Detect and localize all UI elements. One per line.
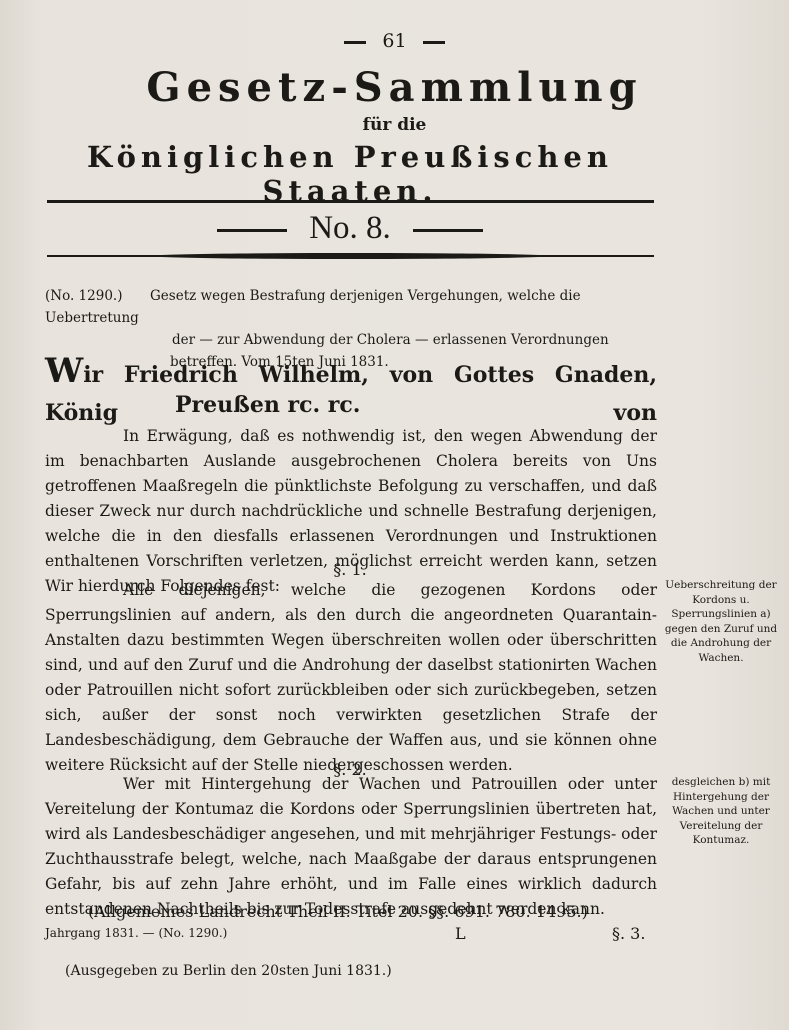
footer-volume: Jahrgang 1831. — (No. 1290.) bbox=[45, 926, 657, 940]
document-page: 61 Gesetz-Sammlung für die Königlichen P… bbox=[0, 0, 789, 1030]
swell-rule-left bbox=[217, 229, 287, 232]
dash-left bbox=[344, 41, 366, 44]
masthead-title: Gesetz-Sammlung bbox=[0, 64, 789, 111]
issue-number: No. 8. bbox=[0, 210, 700, 247]
decree-initial: W bbox=[45, 351, 83, 391]
section-2-text: Wer mit Hintergehung der Wachen und Patr… bbox=[45, 772, 657, 922]
swell-rule-right bbox=[413, 229, 483, 232]
law-title-line2: der — zur Abwendung der Cholera — erlass… bbox=[45, 329, 657, 351]
dash-right bbox=[423, 41, 445, 44]
issued-note: (Ausgegeben zu Berlin den 20sten Juni 18… bbox=[65, 963, 392, 979]
signature-mark: L bbox=[455, 924, 466, 943]
catchword-next-section: §. 3. bbox=[612, 924, 645, 943]
masthead-title-line2: Königlichen Preußischen Staaten. bbox=[45, 140, 655, 208]
decree-opening-line2: Preußen rc. rc. bbox=[175, 392, 360, 418]
section-2-margin-note: desgleichen b) mit Hintergehung der Wach… bbox=[662, 775, 780, 848]
top-rule bbox=[47, 200, 654, 203]
section-1-heading: §. 1. bbox=[0, 560, 700, 579]
legal-citation: (Allgemeines Landrecht Theil II. Titel 2… bbox=[88, 902, 588, 921]
masthead-subtitle: für die bbox=[0, 115, 789, 135]
page-number: 61 bbox=[0, 30, 789, 52]
section-1-margin-note: Ueberschreitung der Kordons u. Sperrungs… bbox=[662, 578, 780, 665]
bottom-rule-swell bbox=[150, 253, 550, 259]
law-number: (No. 1290.) bbox=[45, 285, 150, 307]
section-1-text: Alle diejenigen, welche die gezogenen Ko… bbox=[45, 578, 657, 778]
